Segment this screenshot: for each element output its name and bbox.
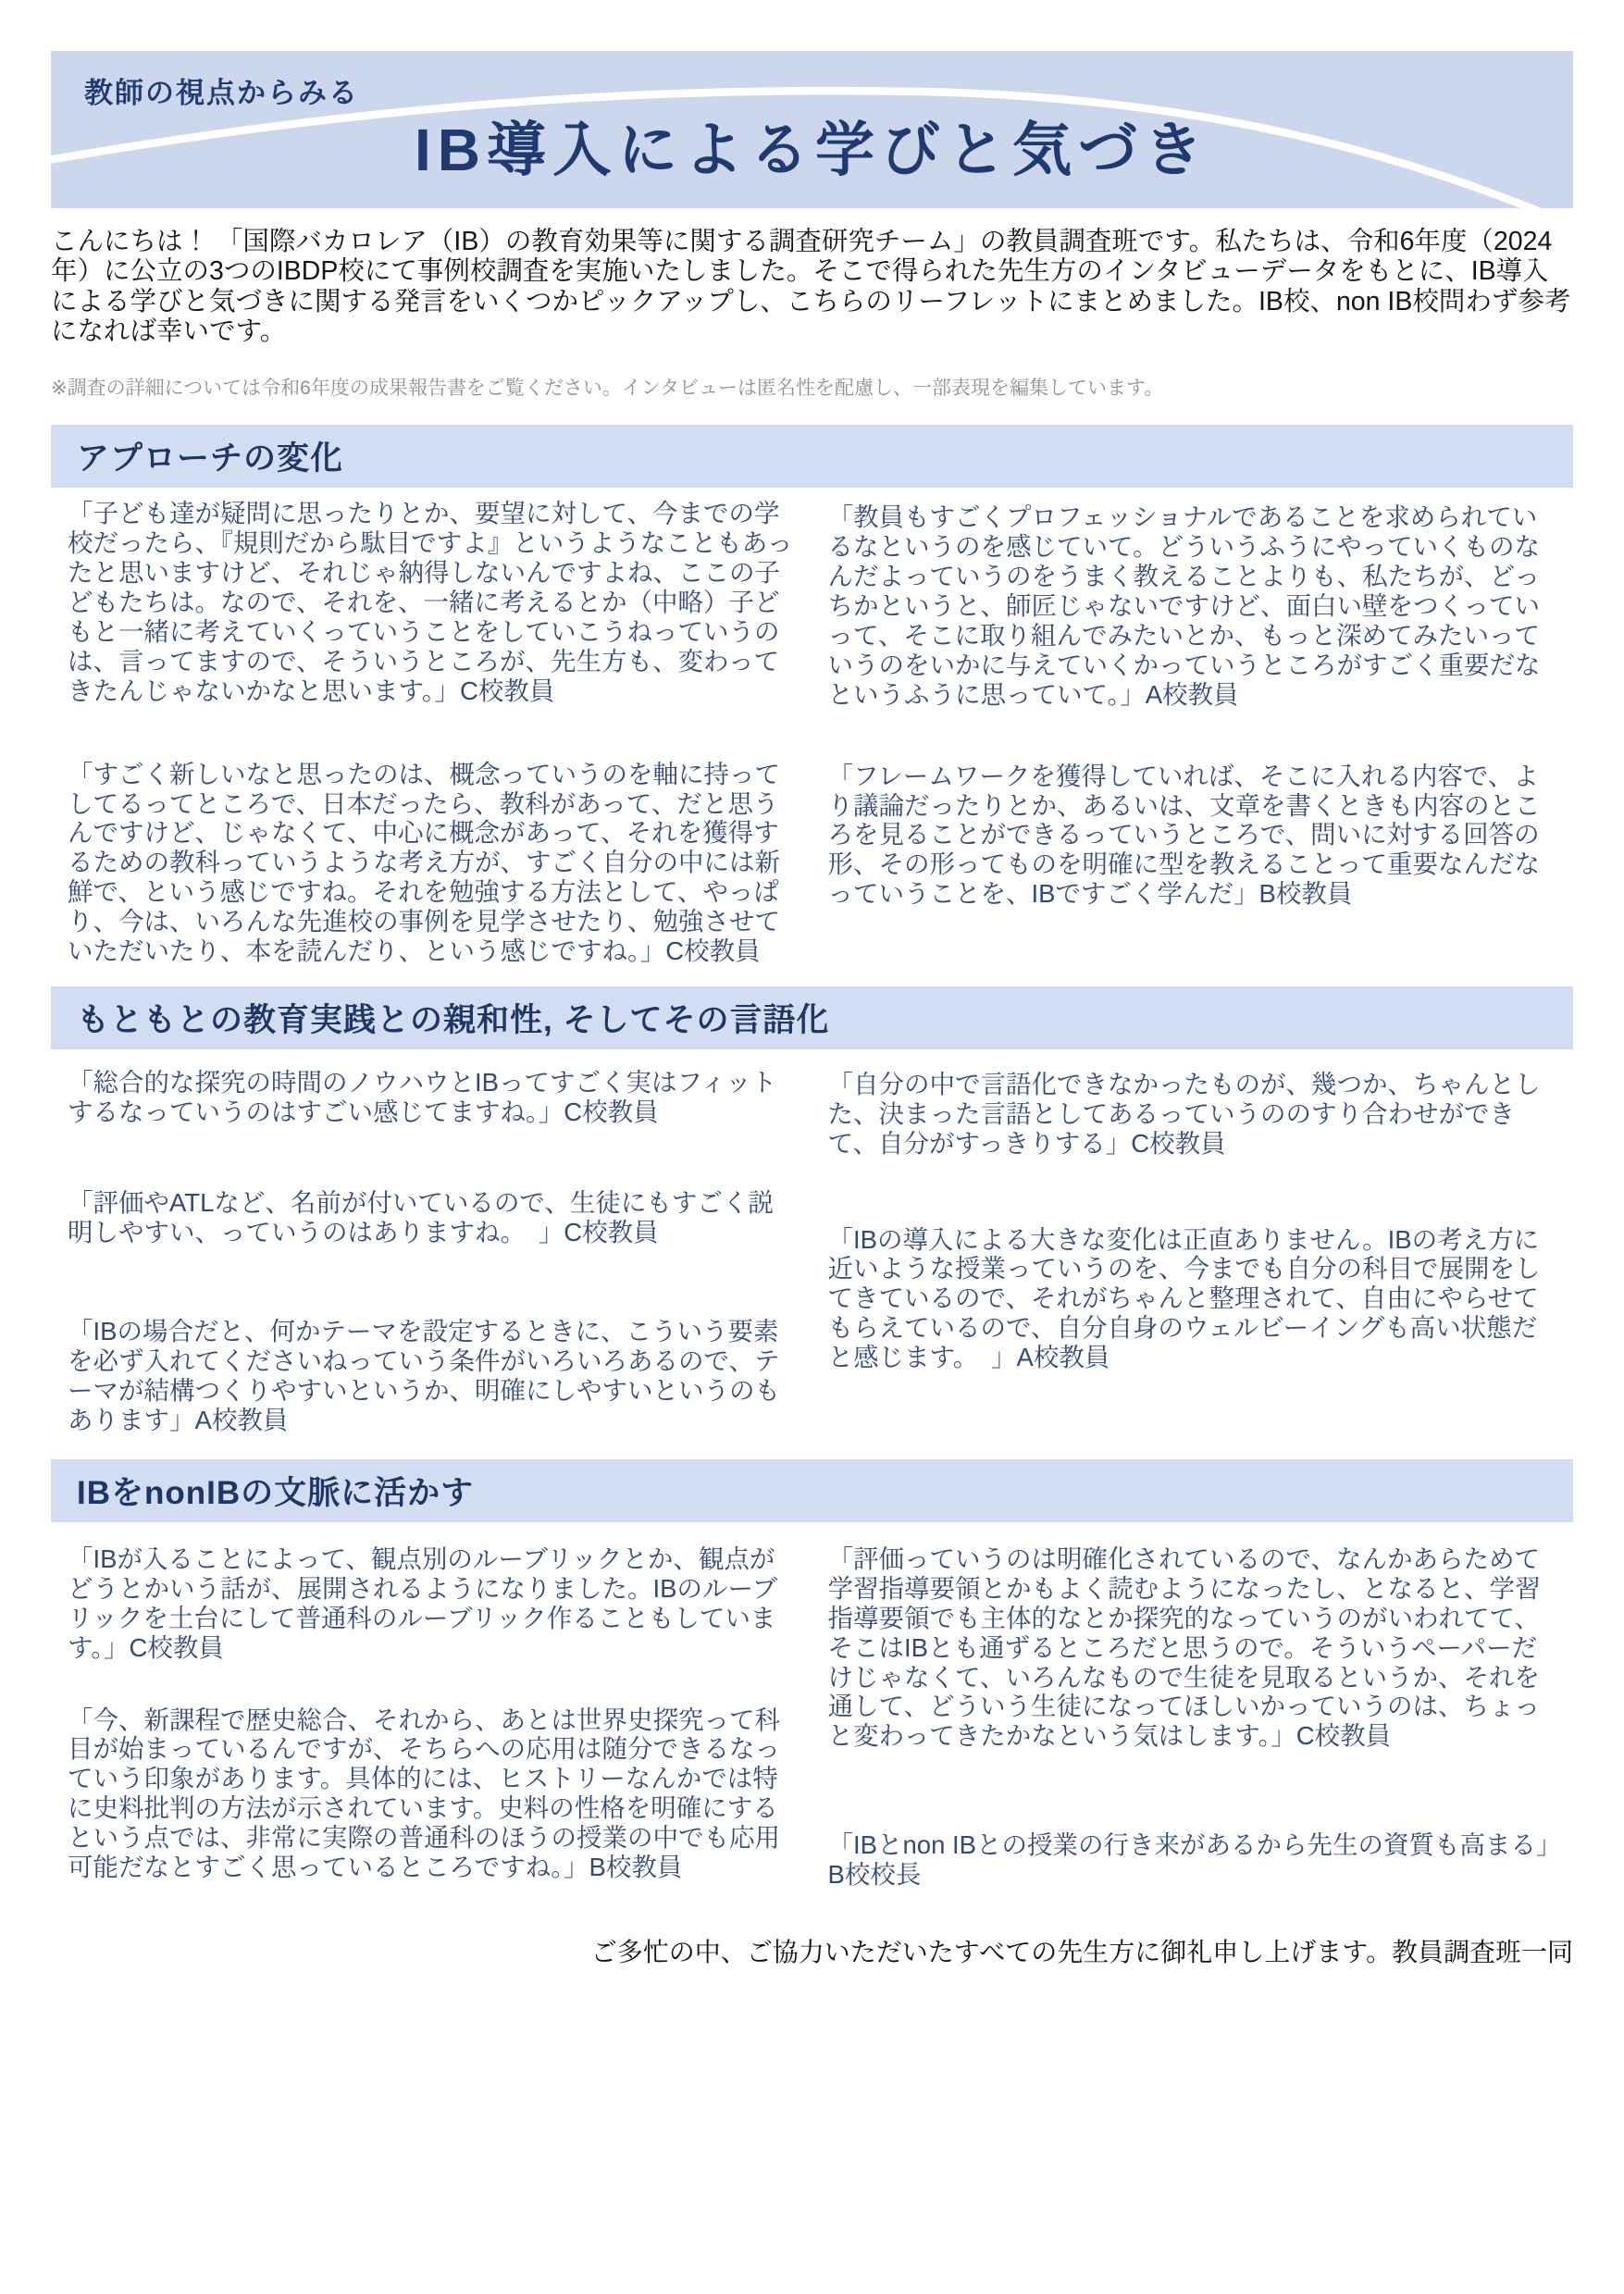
section-affinity-verbalization: もともとの教育実践との親和性, そしてその言語化 「総合的な探究の時間のノウハウ… [51,986,1573,1435]
quote: 「すごく新しいなと思ったのは、概念っていうのを軸に持ってしてるってところで、日本… [68,760,797,966]
quote: 「子ども達が疑問に思ったりとか、要望に対して、今までの学校だったら、『規則だから… [68,499,797,705]
intro-paragraph: こんにちは！ 「国際バカロレア（IB）の教育効果等に関する調査研究チーム」の教員… [51,227,1573,347]
section-approach-change: アプローチの変化 「子ども達が疑問に思ったりとか、要望に対して、今までの学校だっ… [51,425,1573,965]
quote: 「今、新課程で歴史総合、それから、あとは世界史探究って科目が始まっているんですが… [68,1705,797,1882]
quote: 「フレームワークを獲得していれば、そこに入れる内容で、より議論だったりとか、ある… [828,762,1557,909]
section-ib-in-nonib-context: IBをnonIBの文脈に活かす 「IBが入ることによって、観点別のルーブリックと… [51,1459,1573,1890]
closing-acknowledgement: ご多忙の中、ご協力いただいたすべての先生方に御礼申し上げます。教員調査班一同 [51,1932,1573,1969]
quote: 「自分の中で言語化できなかったものが、幾つか、ちゃんとした、決まった言語としてあ… [828,1070,1557,1159]
page-content: 教師の視点からみる IB導入による学びと気づき こんにちは！ 「国際バカロレア（… [0,51,1624,1969]
quote: 「評価っていうのは明確化されているので、なんかあらためて学習指導要領とかもよく読… [828,1544,1557,1751]
section-left-column: 「子ども達が疑問に思ったりとか、要望に対して、今までの学校だったら、『規則だから… [68,488,797,965]
page-title: IB導入による学びと気づき [51,103,1573,188]
section-right-column: 「評価っていうのは明確化されているので、なんかあらためて学習指導要領とかもよく読… [828,1522,1557,1890]
quote: 「IBの場合だと、何かテーマを設定するときに、こういう要素を必ず入れてくださいね… [68,1317,797,1435]
survey-note: ※調査の詳細については令和6年度の成果報告書をご覧ください。インタビューは匿名性… [51,373,1573,401]
section-band-title: アプローチの変化 [51,425,1573,488]
section-columns: 「IBが入ることによって、観点別のルーブリックとか、観点がどうとかいう話が、展開… [51,1522,1573,1890]
quote: 「教員もすごくプロフェッショナルであることを求められているなというのを感じていて… [828,502,1557,709]
quote: 「総合的な探究の時間のノウハウとIBってすごく実はフィットするなっていうのはすご… [68,1068,797,1127]
hero-header: 教師の視点からみる IB導入による学びと気づき [51,51,1573,208]
section-left-column: 「総合的な探究の時間のノウハウとIBってすごく実はフィットするなっていうのはすご… [68,1049,797,1435]
leaflet-page: 教師の視点からみる IB導入による学びと気づき こんにちは！ 「国際バカロレア（… [0,0,1624,2294]
quote: 「IBとnon IBとの授業の行き来があるから先生の資質も高まる」B校校長 [828,1830,1557,1890]
section-right-column: 「自分の中で言語化できなかったものが、幾つか、ちゃんとした、決まった言語としてあ… [828,1049,1557,1435]
section-columns: 「総合的な探究の時間のノウハウとIBってすごく実はフィットするなっていうのはすご… [51,1049,1573,1435]
quote: 「IBの導入による大きな変化は正直ありません。IBの考え方に近いような授業ってい… [828,1225,1557,1372]
section-band-title: もともとの教育実践との親和性, そしてその言語化 [51,986,1573,1049]
quote: 「IBが入ることによって、観点別のルーブリックとか、観点がどうとかいう話が、展開… [68,1544,797,1663]
quote: 「評価やATLなど、名前が付いているので、生徒にもすごく説明しやすい、っていうの… [68,1188,797,1247]
section-columns: 「子ども達が疑問に思ったりとか、要望に対して、今までの学校だったら、『規則だから… [51,488,1573,965]
section-left-column: 「IBが入ることによって、観点別のルーブリックとか、観点がどうとかいう話が、展開… [68,1522,797,1890]
section-right-column: 「教員もすごくプロフェッショナルであることを求められているなというのを感じていて… [828,488,1557,965]
section-band-title: IBをnonIBの文脈に活かす [51,1459,1573,1522]
